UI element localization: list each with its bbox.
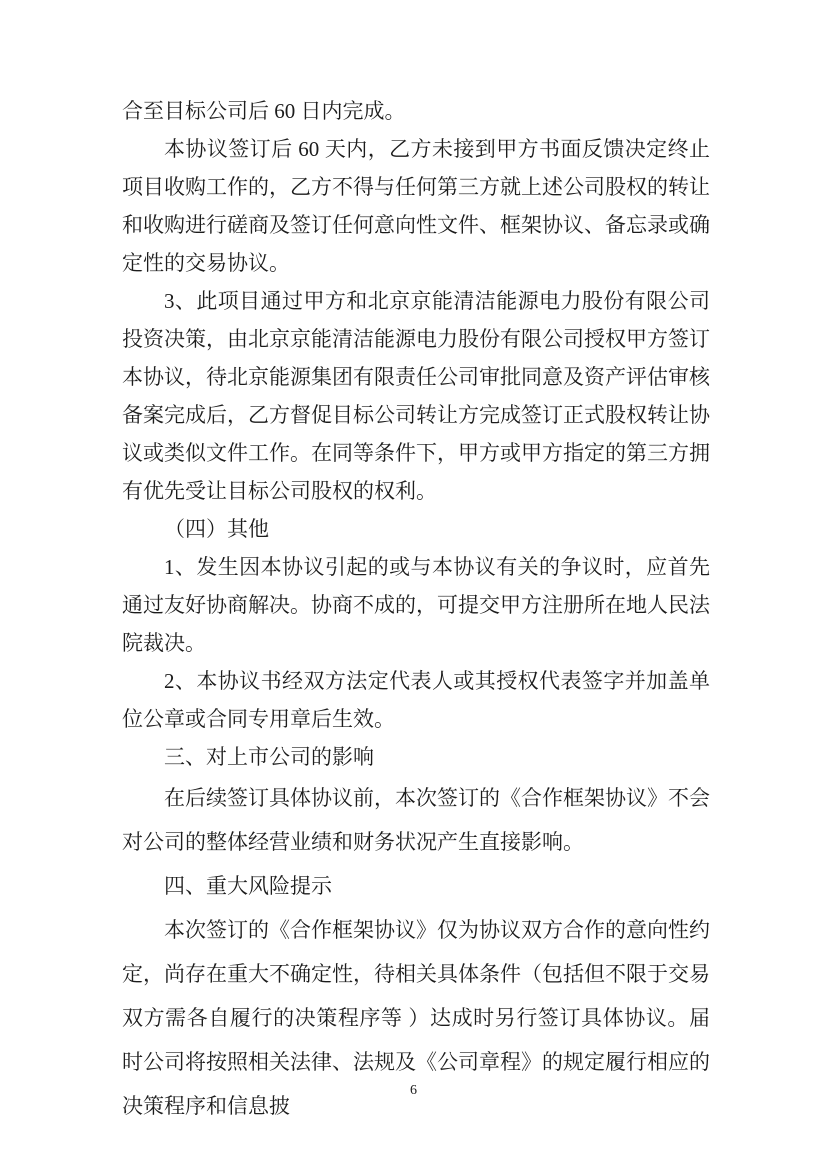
para-completion-deadline-continuation: 合至目标公司后 60 日内完成。 [122,92,710,130]
text-block-upper: 合至目标公司后 60 日内完成。 本协议签订后 60 天内，乙方未接到甲方书面反… [122,92,710,776]
para-item-3-investment-decision: 3、此项目通过甲方和北京京能清洁能源电力股份有限公司投资决策，由北京京能清洁能源… [122,282,710,510]
document-page: 合至目标公司后 60 日内完成。 本协议签订后 60 天内，乙方未接到甲方书面反… [0,0,827,1169]
para-item-1-dispute-resolution: 1、发生因本协议引起的或与本协议有关的争议时，应首先通过友好协商解决。协商不成的… [122,548,710,662]
heading-major-risk-warning: 四、重大风险提示 [122,864,710,908]
heading-impact-on-listed-company: 三、对上市公司的影响 [122,738,710,776]
page-number: 6 [0,1081,827,1101]
para-impact-statement: 在后续签订具体协议前，本次签订的《合作框架协议》不会对公司的整体经营业绩和财务状… [122,776,710,864]
para-item-2-effectiveness: 2、本协议书经双方法定代表人或其授权代表签字并加盖单位公章或合同专用章后生效。 [122,662,710,738]
document-body: 合至目标公司后 60 日内完成。 本协议签订后 60 天内，乙方未接到甲方书面反… [122,92,710,1128]
text-block-lower: 在后续签订具体协议前，本次签订的《合作框架协议》不会对公司的整体经营业绩和财务状… [122,776,710,1128]
heading-section-4-other: （四）其他 [122,510,710,548]
para-exclusivity-60-days: 本协议签订后 60 天内，乙方未接到甲方书面反馈决定终止项目收购工作的，乙方不得… [122,130,710,282]
